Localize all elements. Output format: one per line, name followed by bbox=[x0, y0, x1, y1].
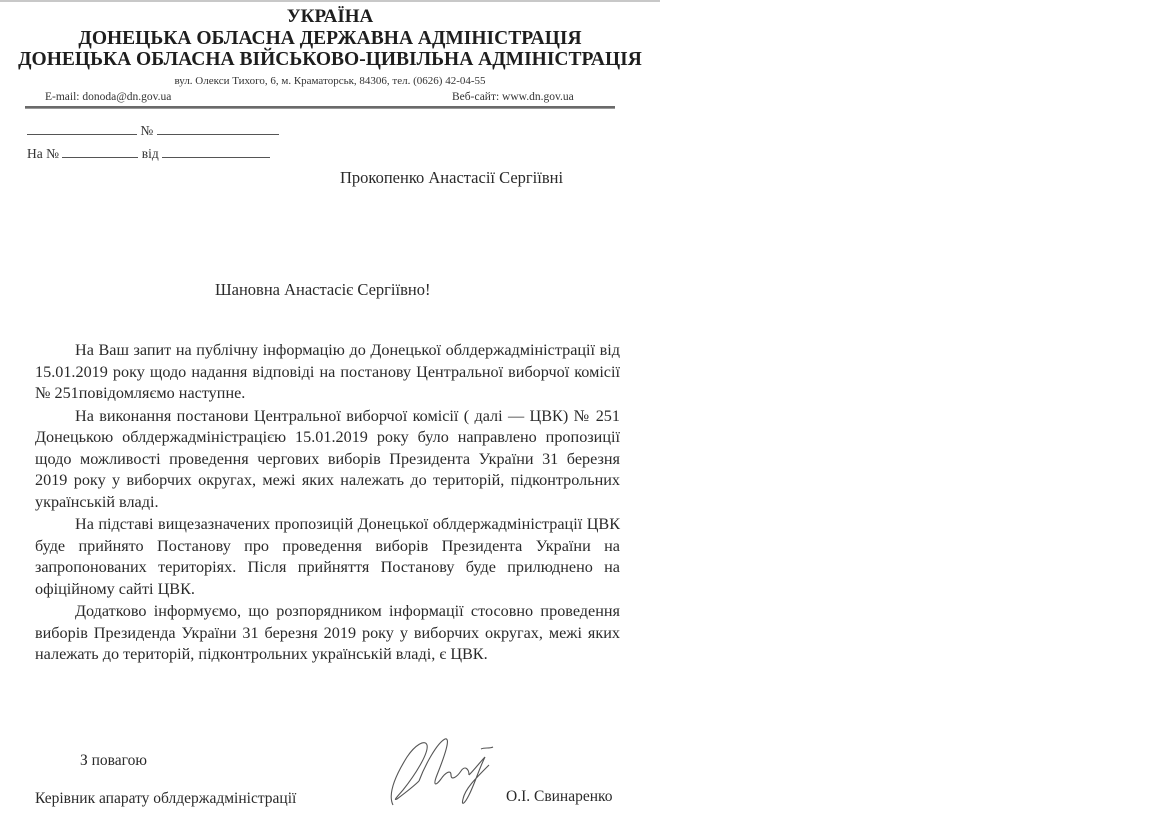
addressee: Прокопенко Анастасії Сергіївні bbox=[340, 168, 563, 188]
letterhead-email: E-mail: donoda@dn.gov.ua bbox=[45, 91, 171, 103]
letterhead-org-line-1: ДОНЕЦЬКА ОБЛАСНА ДЕРЖАВНА АДМІНІСТРАЦІЯ bbox=[0, 28, 660, 50]
body-paragraph: На Ваш запит на публічну інформацію до Д… bbox=[35, 340, 620, 405]
date-label: від bbox=[142, 146, 159, 161]
greeting: Шановна Анастасіє Сергіївно! bbox=[215, 280, 430, 300]
body-paragraph: На підставі вищезазначених пропозицій До… bbox=[35, 514, 620, 600]
body-paragraph: Додатково інформуємо, що розпорядником і… bbox=[35, 601, 620, 666]
letterhead-divider bbox=[25, 106, 615, 109]
letterhead-country: УКРАЇНА bbox=[0, 6, 660, 28]
letterhead-website: Веб-сайт: www.dn.gov.ua bbox=[452, 91, 574, 103]
signer-position: Керівник апарату облдержадміністрації bbox=[35, 790, 296, 808]
reply-to-number-blank bbox=[62, 146, 138, 158]
outgoing-number-line: № bbox=[27, 123, 279, 139]
body-paragraph: На виконання постанови Центральної вибор… bbox=[35, 406, 620, 514]
reply-to-label: На № bbox=[27, 146, 59, 161]
letterhead-org-line-2: ДОНЕЦЬКА ОБЛАСНА ВІЙСЬКОВО-ЦИВІЛЬНА АДМІ… bbox=[0, 49, 660, 71]
letterhead-address: вул. Олекси Тихого, 6, м. Краматорськ, 8… bbox=[0, 75, 660, 87]
reply-to-line: На № від bbox=[27, 146, 270, 162]
closing: З повагою bbox=[80, 752, 147, 770]
letter-body: На Ваш запит на публічну інформацію до Д… bbox=[35, 340, 620, 666]
number-label: № bbox=[140, 123, 153, 138]
outgoing-number-blank bbox=[157, 123, 279, 135]
outgoing-date-blank bbox=[27, 123, 137, 135]
signer-name: О.І. Свинаренко bbox=[506, 788, 613, 806]
signature-icon bbox=[385, 735, 500, 810]
page-top-edge bbox=[0, 0, 660, 2]
reply-to-date-blank bbox=[162, 146, 270, 158]
